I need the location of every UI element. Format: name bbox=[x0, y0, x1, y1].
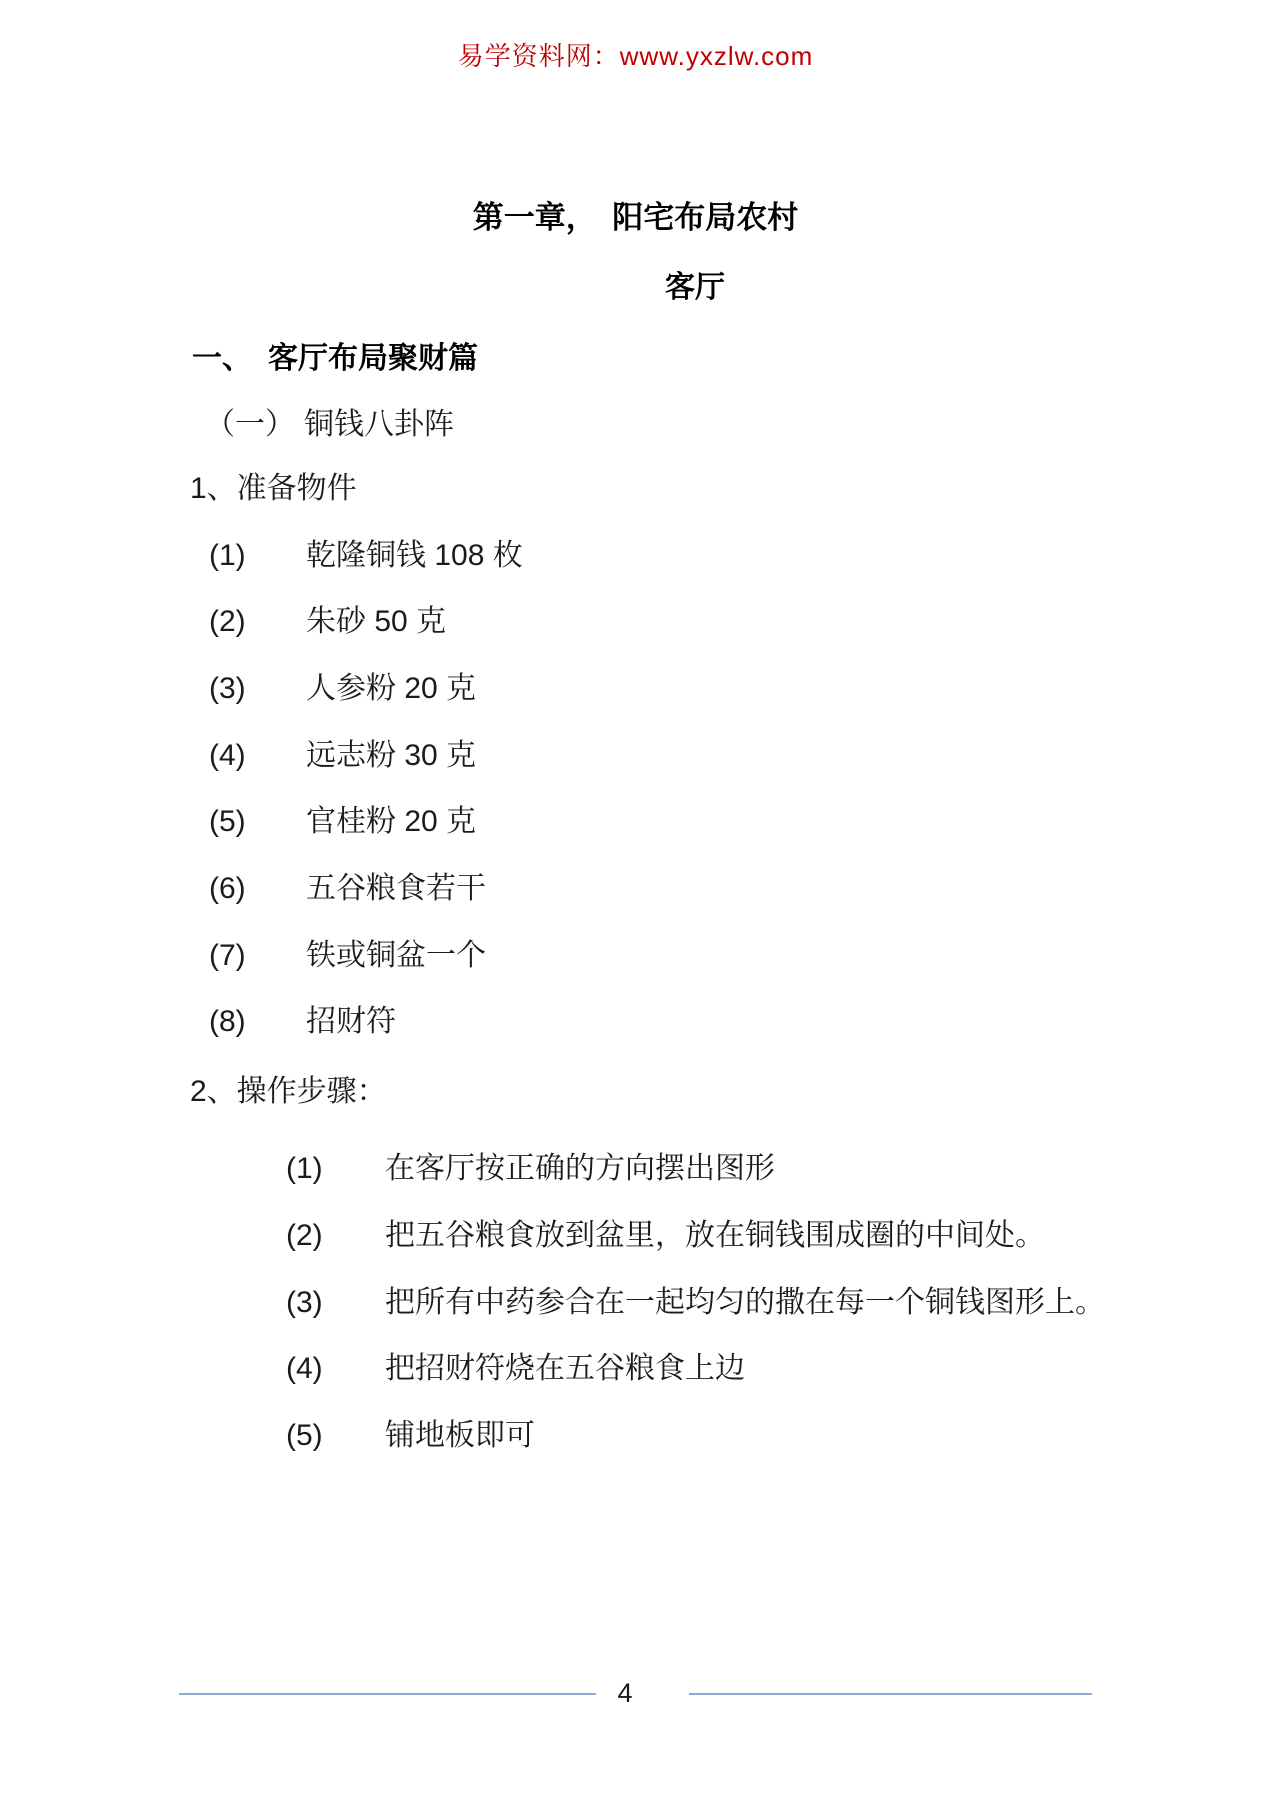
item-text: 人参粉 20 克 bbox=[306, 672, 476, 705]
item-text: 乾隆铜钱 108 枚 bbox=[306, 539, 523, 572]
item-number: (1) bbox=[209, 539, 306, 573]
item-number: (3) bbox=[209, 672, 306, 706]
item-text: 官桂粉 20 克 bbox=[306, 805, 476, 838]
step-number: (3) bbox=[286, 1286, 385, 1320]
prepare-item-8: (8)招财符 bbox=[209, 996, 396, 1040]
item-text: 朱砂 50 克 bbox=[306, 605, 446, 638]
item-number: (6) bbox=[209, 872, 306, 906]
step-text: 在客厅按正确的方向摆出图形 bbox=[385, 1152, 775, 1185]
site-watermark-text: 易学资料网：www.yxzlw.com bbox=[0, 36, 1271, 73]
item-text: 五谷粮食若干 bbox=[306, 872, 486, 905]
item-text: 远志粉 30 克 bbox=[306, 739, 476, 772]
chapter-title: 第一章， 阳宅布局农村 bbox=[0, 192, 1271, 237]
item-number: (4) bbox=[209, 739, 306, 773]
prepare-item-6: (6)五谷粮食若干 bbox=[209, 863, 486, 907]
item-text: 招财符 bbox=[306, 1005, 396, 1038]
page-subtitle: 客厅 bbox=[665, 262, 725, 306]
step-number: (4) bbox=[286, 1352, 385, 1386]
prepare-item-2: (2)朱砂 50 克 bbox=[209, 596, 446, 640]
step-number: (1) bbox=[286, 1152, 385, 1186]
steps-list-heading: 2、操作步骤： bbox=[190, 1066, 387, 1110]
step-item-2: (2)把五谷粮食放到盆里，放在铜钱围成圈的中间处。 bbox=[286, 1210, 1045, 1254]
subsection-number: （一） bbox=[205, 399, 304, 443]
step-number: (2) bbox=[286, 1219, 385, 1253]
item-number: (5) bbox=[209, 805, 306, 839]
prepare-item-3: (3)人参粉 20 克 bbox=[209, 663, 476, 707]
step-text: 把五谷粮食放到盆里，放在铜钱围成圈的中间处。 bbox=[385, 1219, 1045, 1252]
prepare-item-1: (1)乾隆铜钱 108 枚 bbox=[209, 530, 523, 574]
footer-rule-left bbox=[179, 1693, 596, 1695]
document-page: 易学资料网：www.yxzlw.com 第一章， 阳宅布局农村 客厅 一、客厅布… bbox=[0, 0, 1271, 1800]
step-item-4: (4)把招财符烧在五谷粮食上边 bbox=[286, 1343, 745, 1387]
step-number: (5) bbox=[286, 1419, 385, 1453]
prepare-item-5: (5)官桂粉 20 克 bbox=[209, 796, 476, 840]
step-item-1: (1)在客厅按正确的方向摆出图形 bbox=[286, 1143, 775, 1187]
item-number: (2) bbox=[209, 605, 306, 639]
prepare-list-heading: 1、准备物件 bbox=[190, 463, 357, 507]
step-text: 把招财符烧在五谷粮食上边 bbox=[385, 1352, 745, 1385]
item-number: (8) bbox=[209, 1005, 306, 1039]
item-number: (7) bbox=[209, 939, 306, 973]
prepare-item-7: (7)铁或铜盆一个 bbox=[209, 930, 486, 974]
step-text: 铺地板即可 bbox=[385, 1419, 535, 1452]
subsection-heading: （一）铜钱八卦阵 bbox=[205, 399, 454, 443]
section-heading: 一、客厅布局聚财篇 bbox=[192, 333, 478, 377]
footer-rule-right bbox=[689, 1693, 1092, 1695]
subsection-title-text: 铜钱八卦阵 bbox=[304, 408, 454, 441]
item-text: 铁或铜盆一个 bbox=[306, 939, 486, 972]
step-text: 把所有中药参合在一起均匀的撒在每一个铜钱图形上。 bbox=[385, 1286, 1105, 1319]
section-title-text: 客厅布局聚财篇 bbox=[268, 342, 478, 375]
prepare-item-4: (4)远志粉 30 克 bbox=[209, 730, 476, 774]
step-item-3: (3)把所有中药参合在一起均匀的撒在每一个铜钱图形上。 bbox=[286, 1277, 1105, 1321]
step-item-5: (5)铺地板即可 bbox=[286, 1410, 535, 1454]
section-number: 一、 bbox=[192, 333, 268, 377]
page-number: 4 bbox=[600, 1678, 650, 1709]
